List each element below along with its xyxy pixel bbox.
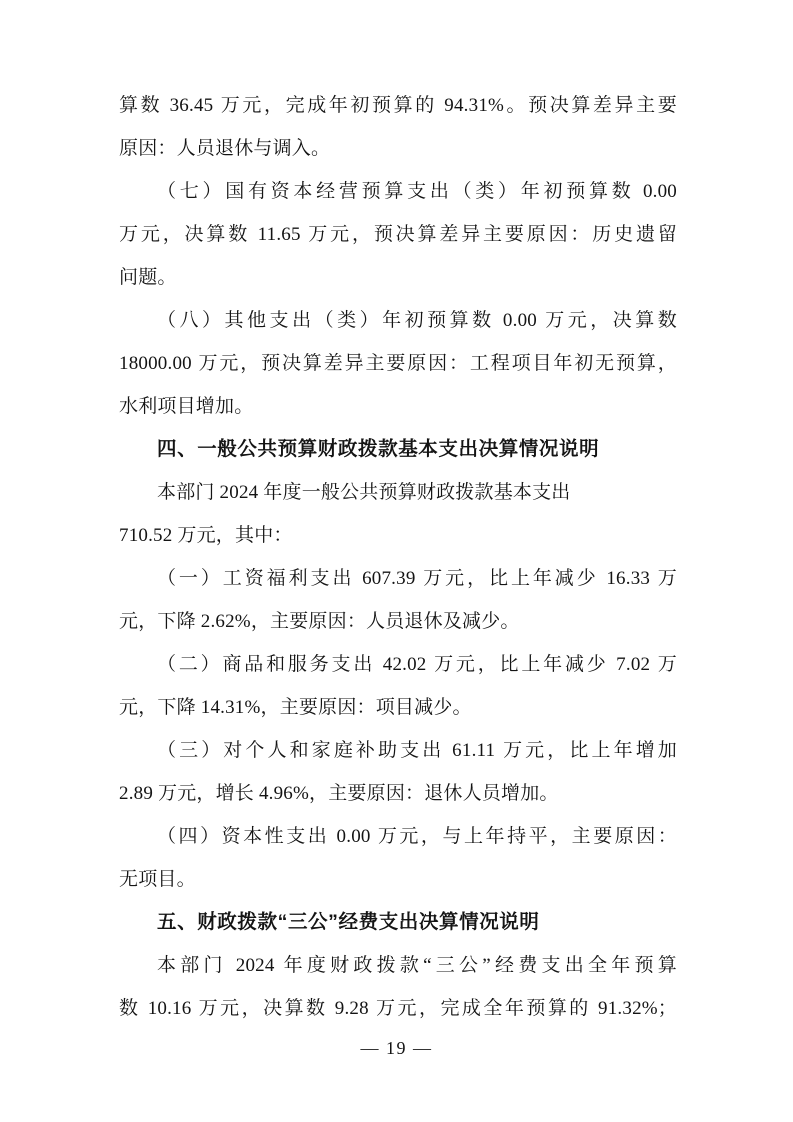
section-heading-five: 五、财政拨款“三公”经费支出决算情况说明: [119, 901, 677, 944]
document-line: 原因：人员退休与调入。: [119, 127, 677, 170]
document-line: 算数 36.45 万元，完成年初预算的 94.31%。预决算差异主要: [119, 84, 677, 127]
document-line: 本部门 2024 年度一般公共预算财政拨款基本支出: [119, 471, 677, 514]
section-heading-four: 四、一般公共预算财政拨款基本支出决算情况说明: [119, 428, 677, 471]
document-line: （二）商品和服务支出 42.02 万元，比上年减少 7.02 万: [119, 643, 677, 686]
document-line: （三）对个人和家庭补助支出 61.11 万元，比上年增加: [119, 729, 677, 772]
document-line: 万元，决算数 11.65 万元，预决算差异主要原因：历史遗留: [119, 213, 677, 256]
document-line: 2.89 万元，增长 4.96%，主要原因：退休人员增加。: [119, 772, 677, 815]
page-footer: — 19 —: [0, 1033, 793, 1063]
document-page-content: 算数 36.45 万元，完成年初预算的 94.31%。预决算差异主要 原因：人员…: [119, 84, 677, 1030]
document-line: 710.52 万元，其中：: [119, 514, 677, 557]
page-number: — 19 —: [361, 1038, 433, 1058]
document-line: 问题。: [119, 256, 677, 299]
document-line: 元，下降 14.31%，主要原因：项目减少。: [119, 686, 677, 729]
document-line: 18000.00 万元，预决算差异主要原因：工程项目年初无预算，: [119, 342, 677, 385]
document-line: 数 10.16 万元，决算数 9.28 万元，完成全年预算的 91.32%；: [119, 987, 677, 1030]
document-line: 本部门 2024 年度财政拨款“三公”经费支出全年预算: [119, 944, 677, 987]
document-line: （一）工资福利支出 607.39 万元，比上年减少 16.33 万: [119, 557, 677, 600]
document-line: （八）其他支出（类）年初预算数 0.00 万元，决算数: [119, 299, 677, 342]
document-line: 无项目。: [119, 858, 677, 901]
document-line: （四）资本性支出 0.00 万元，与上年持平，主要原因：: [119, 815, 677, 858]
document-line: （七）国有资本经营预算支出（类）年初预算数 0.00: [119, 170, 677, 213]
document-line: 水利项目增加。: [119, 385, 677, 428]
document-line: 元，下降 2.62%，主要原因：人员退休及减少。: [119, 600, 677, 643]
